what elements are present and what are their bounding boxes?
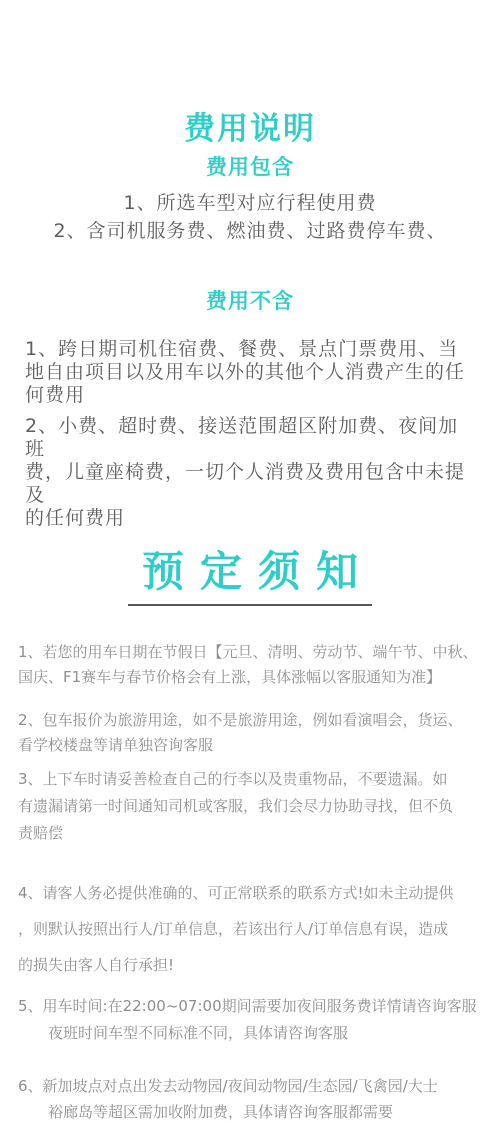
fee-include-item-1: 1、所选车型对应行程使用费 (0, 190, 500, 216)
fee-section: 费用说明 费用包含 1、所选车型对应行程使用费 2、含司机服务费、燃油费、过路费… (0, 110, 500, 530)
title-underline (128, 604, 372, 606)
fee-exclude-item-1: 1、跨日期司机住宿费、餐费、景点门票费用、当 地自由项目以及用车以外的其他个人消… (0, 338, 500, 407)
notice-item-3: 3、上下车时请妥善检查自己的行李以及贵重物品，不要遗漏。如 有遗漏请第一时间通知… (0, 766, 500, 847)
fee-include-heading: 费用包含 (0, 154, 500, 180)
notice-item-1: 1、若您的用车日期在节假日【元旦、清明、劳动节、端午节、中秋、 国庆、F1赛车与… (0, 640, 500, 690)
fee-exclude-heading: 费用不含 (0, 288, 500, 314)
notice-item-2: 2、包车报价为旅游用途，如不是旅游用途，例如看演唱会，货运、 看学校楼盘等请单独… (0, 708, 500, 758)
notice-item-6: 6、新加坡点对点出发去动物园/夜间动物园/生态园/飞禽园/大士 裕廊岛等超区需加… (0, 1073, 500, 1125)
fee-exclude-item-2: 2、小费、超时费、接送范围超区附加费、夜间加班 费，儿童座椅费，一切个人消费及费… (0, 415, 500, 530)
booking-notice-title: 预定须知 (0, 550, 500, 594)
booking-notice-section: 预定须知 1、若您的用车日期在节假日【元旦、清明、劳动节、端午节、中秋、 国庆、… (0, 550, 500, 1125)
fee-include-item-2: 2、含司机服务费、燃油费、过路费停车费、 (0, 218, 500, 244)
fee-section-title: 费用说明 (0, 110, 500, 148)
notice-item-5: 5、用车时间:在22:00~07:00期间需要加夜间服务费详情请咨询客服 夜班时… (0, 993, 500, 1047)
notice-item-4: 4、请客人务必提供准确的、可正常联系的联系方式!如未主动提供 ，则默认按照出行人… (0, 875, 500, 983)
fee-notice-page: 费用说明 费用包含 1、所选车型对应行程使用费 2、含司机服务费、燃油费、过路费… (0, 0, 500, 1125)
